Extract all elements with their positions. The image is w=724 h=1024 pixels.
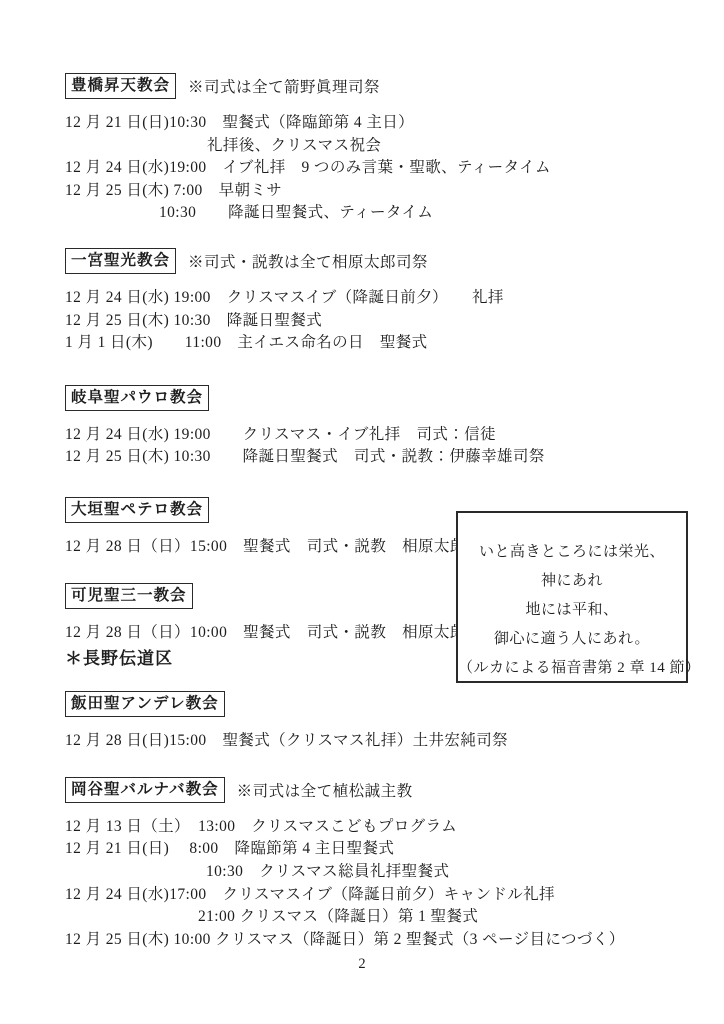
- section-okaya-stbarnabas: 岡谷聖バルナバ教会 ※司式は全て植松誠主教 12 月 13 日（土） 13:00…: [65, 777, 696, 952]
- schedule-line: 12 月 28 日(日)15:00 聖餐式（クリスマス礼拝）土井宏純司祭: [65, 730, 696, 753]
- quote-line: いと高きところには栄光、: [458, 538, 686, 567]
- schedule-line: 12 月 24 日(水) 19:00 クリスマス・イブ礼拝 司式：信徒: [65, 424, 696, 447]
- schedule-line: 12 月 25 日(木) 10:00 クリスマス（降誕日）第 2 聖餐式（3 ペ…: [65, 929, 696, 952]
- quote-line: 地には平和、: [458, 596, 686, 625]
- section-header-row: 豊橋昇天教会 ※司式は全て箭野眞理司祭: [65, 73, 696, 99]
- schedule-line: 12 月 21 日(日) 8:00 降臨節第 4 主日聖餐式: [65, 838, 696, 861]
- quote-line: 御心に適う人にあれ。: [458, 625, 686, 654]
- schedule-line: 12 月 24 日(水)19:00 イブ礼拝 9 つのみ言葉・聖歌、ティータイム: [65, 157, 696, 180]
- schedule-line: 10:30 クリスマス総員礼拝聖餐式: [65, 861, 696, 884]
- church-name-box: 岡谷聖バルナバ教会: [65, 777, 225, 803]
- schedule-lines: 12 月 28 日(日)15:00 聖餐式（クリスマス礼拝）土井宏純司祭: [65, 730, 696, 753]
- schedule-line: 12 月 25 日(木) 7:00 早朝ミサ: [65, 180, 696, 203]
- schedule-line: 12 月 24 日(水) 19:00 クリスマスイブ（降誕日前夕） 礼拝: [65, 287, 696, 310]
- schedule-lines: 12 月 13 日（土） 13:00 クリスマスこどもプログラム 12 月 21…: [65, 816, 696, 952]
- schedule-line: 礼拝後、クリスマス祝会: [65, 135, 696, 158]
- schedule-line: 12 月 24 日(水)17:00 クリスマスイブ（降誕日前夕）キャンドル礼拝: [65, 884, 696, 907]
- scripture-quote-box: いと高きところには栄光、 神にあれ 地には平和、 御心に適う人にあれ。 （ルカに…: [456, 511, 688, 683]
- schedule-line: 12 月 25 日(木) 10:30 降誕日聖餐式: [65, 310, 696, 333]
- quote-line: 神にあれ: [458, 567, 686, 596]
- section-header-row: 一宮聖光教会 ※司式・説教は全て相原太郎司祭: [65, 248, 696, 274]
- section-toyohashi-shoten: 豊橋昇天教会 ※司式は全て箭野眞理司祭 12 月 21 日(日)10:30 聖餐…: [65, 73, 696, 225]
- schedule-line: 12 月 21 日(日)10:30 聖餐式（降臨節第 4 主日）: [65, 112, 696, 135]
- church-name-box: 大垣聖ペテロ教会: [65, 497, 209, 523]
- section-header-row: 飯田聖アンデレ教会: [65, 691, 696, 717]
- church-name-box: 一宮聖光教会: [65, 248, 176, 274]
- schedule-line: 10:30 降誕日聖餐式、ティータイム: [65, 202, 696, 225]
- church-name-box: 豊橋昇天教会: [65, 73, 176, 99]
- schedule-lines: 12 月 24 日(水) 19:00 クリスマスイブ（降誕日前夕） 礼拝 12 …: [65, 287, 696, 355]
- celebrant-note: ※司式は全て植松誠主教: [237, 779, 413, 801]
- section-gifu-stpaul: 岐阜聖パウロ教会 12 月 24 日(水) 19:00 クリスマス・イブ礼拝 司…: [65, 385, 696, 469]
- church-name-box: 可児聖三一教会: [65, 583, 193, 609]
- section-header-row: 岡谷聖バルナバ教会 ※司式は全て植松誠主教: [65, 777, 696, 803]
- document-page: 豊橋昇天教会 ※司式は全て箭野眞理司祭 12 月 21 日(日)10:30 聖餐…: [0, 0, 724, 1024]
- schedule-line: 1 月 1 日(木) 11:00 主イエス命名の日 聖餐式: [65, 332, 696, 355]
- church-name-box: 岐阜聖パウロ教会: [65, 385, 209, 411]
- quote-line: （ルカによる福音書第 2 章 14 節）: [458, 654, 686, 683]
- celebrant-note: ※司式・説教は全て相原太郎司祭: [188, 250, 428, 272]
- schedule-line: 21:00 クリスマス（降誕日）第 1 聖餐式: [65, 906, 696, 929]
- page-number: 2: [0, 956, 724, 973]
- section-ichinomiya-seiko: 一宮聖光教会 ※司式・説教は全て相原太郎司祭 12 月 24 日(水) 19:0…: [65, 248, 696, 355]
- schedule-lines: 12 月 21 日(日)10:30 聖餐式（降臨節第 4 主日） 礼拝後、クリス…: [65, 112, 696, 225]
- church-name-box: 飯田聖アンデレ教会: [65, 691, 225, 717]
- section-iida-standrew: 飯田聖アンデレ教会 12 月 28 日(日)15:00 聖餐式（クリスマス礼拝）…: [65, 691, 696, 753]
- schedule-line: 12 月 13 日（土） 13:00 クリスマスこどもプログラム: [65, 816, 696, 839]
- schedule-lines: 12 月 24 日(水) 19:00 クリスマス・イブ礼拝 司式：信徒 12 月…: [65, 424, 696, 469]
- section-header-row: 岐阜聖パウロ教会: [65, 385, 696, 411]
- celebrant-note: ※司式は全て箭野眞理司祭: [188, 75, 380, 97]
- schedule-line: 12 月 25 日(木) 10:30 降誕日聖餐式 司式・説教：伊藤幸雄司祭: [65, 446, 696, 469]
